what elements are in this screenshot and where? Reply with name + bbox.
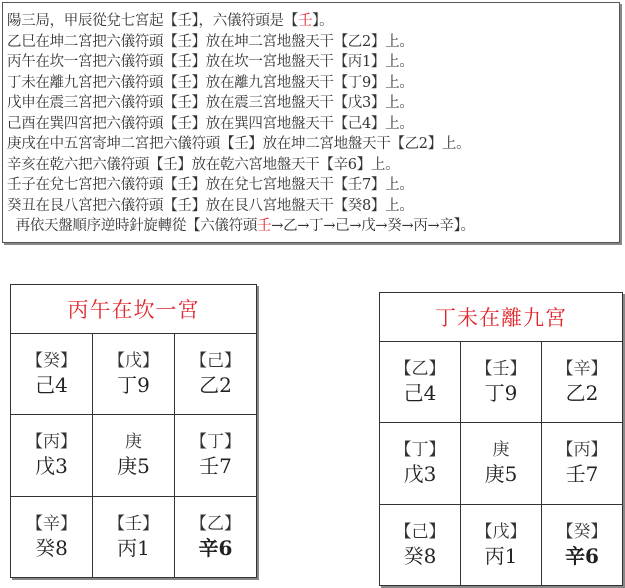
palace-cell: 【辛】乙2 [542, 342, 623, 423]
grid-title: 丙午在坎一宮 [68, 298, 200, 322]
palace-cell: 【壬】丁9 [461, 342, 542, 423]
palace-cell: 【乙】辛6 [175, 496, 257, 577]
palace-cell: 【丙】戊3 [11, 415, 93, 496]
earth-stem: 癸8 [11, 535, 92, 561]
heaven-stem: 【己】 [175, 350, 256, 372]
earth-stem: 壬7 [542, 461, 622, 487]
line-text: 丁未在離九宮把六儀符頭【壬】放在離九宮地盤天干【丁9】上。 [7, 75, 414, 91]
line-text: 己酉在巽四宮把六儀符頭【壬】放在巽四宮地盤天干【己4】上。 [7, 116, 414, 132]
palace-cell: 【癸】己4 [11, 334, 93, 415]
heaven-stem: 【丁】 [380, 439, 460, 461]
line-text-tail: 】。 [312, 13, 333, 29]
explanation-line: 乙巳在坤二宮把六儀符頭【壬】放在坤二宮地盤天干【乙2】上。 [7, 32, 619, 53]
line-highlight: 壬 [257, 218, 271, 234]
heaven-stem: 庚 [461, 439, 541, 461]
palace-cell: 【癸】辛6 [542, 504, 623, 585]
palace-cell: 庚庚5 [93, 415, 175, 496]
heaven-stem: 【丁】 [175, 431, 256, 453]
line-text: 陽三局，甲辰從兌七宮起【壬】，六儀符頭是【 [7, 13, 298, 29]
grid-title-cell: 丁未在離九宮 [380, 293, 623, 342]
line-text: 乙巳在坤二宮把六儀符頭【壬】放在坤二宮地盤天干【乙2】上。 [7, 34, 414, 50]
palace-cell: 【己】乙2 [175, 334, 257, 415]
explanation-line: 壬子在兌七宮把六儀符頭【壬】放在兌七宮地盤天干【壬7】上。 [7, 175, 619, 196]
earth-stem: 乙2 [175, 372, 256, 398]
earth-stem: 辛6 [175, 535, 256, 561]
earth-stem: 己4 [380, 380, 460, 406]
palace-cell: 【丙】壬7 [542, 423, 623, 504]
heaven-stem: 【丙】 [542, 439, 622, 461]
earth-stem: 辛6 [542, 543, 622, 569]
explanation-line: 戊申在震三宮把六儀符頭【壬】放在震三宮地盤天干【戊3】上。 [7, 93, 619, 114]
explanation-line: 辛亥在乾六把六儀符頭【壬】放在乾六宮地盤天干【辛6】上。 [7, 155, 619, 176]
palace-cell: 【丁】戊3 [380, 423, 461, 504]
heaven-stem: 【戊】 [461, 521, 541, 543]
explanation-line: 癸丑在艮八宮把六儀符頭【壬】放在艮八宮地盤天干【癸8】上。 [7, 196, 619, 217]
explanation-line: 庚戌在中五宮寄坤二宮把六儀符頭【壬】放在坤二宮地盤天干【乙2】上。 [7, 134, 619, 155]
earth-stem: 戊3 [11, 453, 92, 479]
palace-cell: 【戊】丙1 [461, 504, 542, 585]
heaven-stem: 【壬】 [461, 358, 541, 380]
explanation-line: 丙午在坎一宮把六儀符頭【壬】放在坎一宮地盤天干【丙1】上。 [7, 52, 619, 73]
heaven-stem: 【癸】 [11, 350, 92, 372]
earth-stem: 庚5 [461, 461, 541, 487]
earth-stem: 癸8 [380, 543, 460, 569]
explanation-textbox: 陽三局，甲辰從兌七宮起【壬】，六儀符頭是【壬】。乙巳在坤二宮把六儀符頭【壬】放在… [2, 2, 620, 243]
nine-palace-grid-bingwu: 丙午在坎一宮 【癸】己4【戊】丁9【己】乙2 【丙】戊3庚庚5【丁】壬7 【辛】… [10, 284, 257, 578]
earth-stem: 壬7 [175, 453, 256, 479]
palace-cell: 【戊】丁9 [93, 334, 175, 415]
line-text: 戊申在震三宮把六儀符頭【壬】放在震三宮地盤天干【戊3】上。 [7, 95, 414, 111]
heaven-stem: 【癸】 [542, 521, 622, 543]
palace-cell: 【己】癸8 [380, 504, 461, 585]
palace-cell: 庚庚5 [461, 423, 542, 504]
earth-stem: 戊3 [380, 461, 460, 487]
nine-palace-grid-dingwei: 丁未在離九宮 【乙】己4【壬】丁9【辛】乙2 【丁】戊3庚庚5【丙】壬7 【己】… [379, 292, 623, 586]
explanation-line: 己酉在巽四宮把六儀符頭【壬】放在巽四宮地盤天干【己4】上。 [7, 114, 619, 135]
heaven-stem: 庚 [93, 431, 174, 453]
grid-title-cell: 丙午在坎一宮 [11, 285, 257, 334]
explanation-line: 丁未在離九宮把六儀符頭【壬】放在離九宮地盤天干【丁9】上。 [7, 73, 619, 94]
earth-stem: 丁9 [461, 380, 541, 406]
explanation-line: 陽三局，甲辰從兌七宮起【壬】，六儀符頭是【壬】。 [7, 11, 619, 32]
line-text: 庚戌在中五宮寄坤二宮把六儀符頭【壬】放在坤二宮地盤天干【乙2】上。 [7, 136, 470, 152]
earth-stem: 己4 [11, 372, 92, 398]
heaven-stem: 【乙】 [380, 358, 460, 380]
heaven-stem: 【辛】 [542, 358, 622, 380]
earth-stem: 乙2 [542, 380, 622, 406]
line-text: 壬子在兌七宮把六儀符頭【壬】放在兌七宮地盤天干【壬7】上。 [7, 177, 414, 193]
line-text: 辛亥在乾六把六儀符頭【壬】放在乾六宮地盤天干【辛6】上。 [7, 157, 399, 173]
heaven-stem: 【乙】 [175, 513, 256, 535]
heaven-stem: 【戊】 [93, 350, 174, 372]
heaven-stem: 【丙】 [11, 431, 92, 453]
heaven-stem: 【辛】 [11, 513, 92, 535]
line-text: 癸丑在艮八宮把六儀符頭【壬】放在艮八宮地盤天干【癸8】上。 [7, 198, 414, 214]
palace-cell: 【乙】己4 [380, 342, 461, 423]
earth-stem: 丙1 [461, 543, 541, 569]
line-highlight: 壬 [298, 13, 312, 29]
explanation-line: 再依天盤順序逆時針旋轉從【六儀符頭壬→乙→丁→己→戊→癸→丙→辛】。 [7, 216, 619, 237]
palace-cell: 【辛】癸8 [11, 496, 93, 577]
heaven-stem: 【壬】 [93, 513, 174, 535]
earth-stem: 丙1 [93, 535, 174, 561]
earth-stem: 庚5 [93, 453, 174, 479]
earth-stem: 丁9 [93, 372, 174, 398]
line-text: 再依天盤順序逆時針旋轉從【六儀符頭 [7, 218, 257, 234]
line-text: 丙午在坎一宮把六儀符頭【壬】放在坎一宮地盤天干【丙1】上。 [7, 54, 414, 70]
line-text-tail: →乙→丁→己→戊→癸→丙→辛】。 [271, 218, 475, 234]
grid-title: 丁未在離九宮 [435, 306, 567, 330]
palace-cell: 【壬】丙1 [93, 496, 175, 577]
palace-cell: 【丁】壬7 [175, 415, 257, 496]
heaven-stem: 【己】 [380, 521, 460, 543]
